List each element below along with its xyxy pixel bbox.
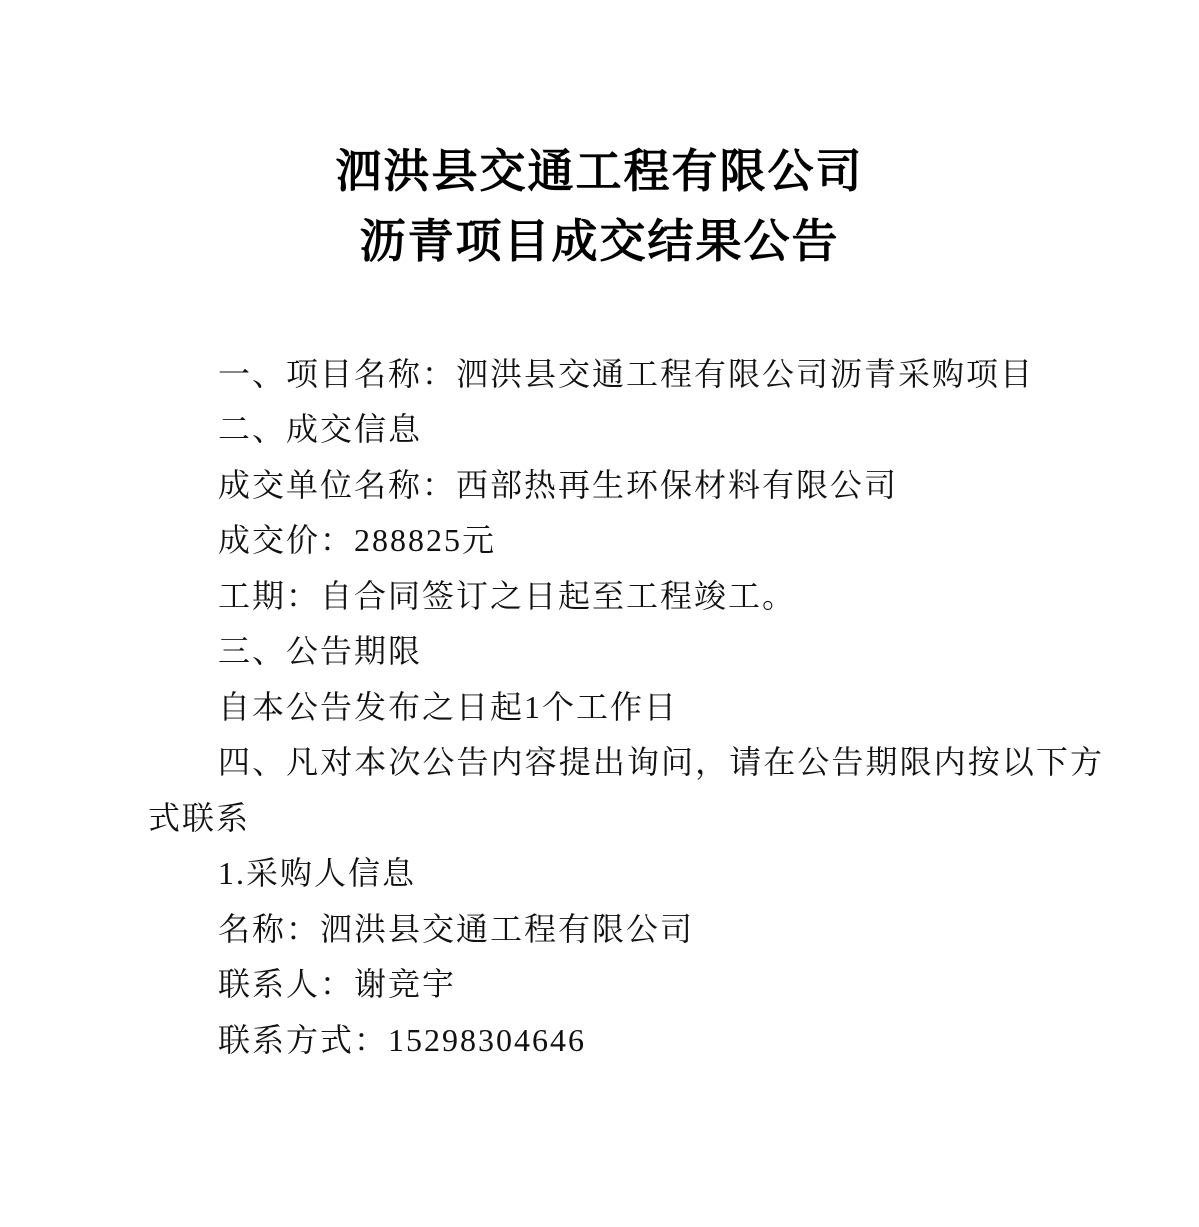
paragraph-purchaser-info-heading: 1.采购人信息 [148,846,1104,902]
paragraph-contact-person: 联系人：谢竞宇 [148,957,1104,1013]
document-title: 泗洪县交通工程有限公司 沥青项目成交结果公告 [0,137,1199,277]
paragraph-announcement-duration: 自本公告发布之日起1个工作日 [148,680,1104,736]
paragraph-section-inquiry-contact: 四、凡对本次公告内容提出询问，请在公告期限内按以下方式联系 [148,735,1104,846]
paragraph-project-name: 一、项目名称：泗洪县交通工程有限公司沥青采购项目 [148,347,1104,403]
paragraph-section-announcement-period: 三、公告期限 [148,624,1104,680]
document-body: 一、项目名称：泗洪县交通工程有限公司沥青采购项目 二、成交信息 成交单位名称：西… [0,347,1199,1069]
announcement-document-page: 泗洪县交通工程有限公司 沥青项目成交结果公告 一、项目名称：泗洪县交通工程有限公… [0,0,1199,1227]
paragraph-deal-price: 成交价：288825元 [148,513,1104,569]
paragraph-construction-period: 工期：自合同签订之日起至工程竣工。 [148,569,1104,625]
paragraph-section-deal-info: 二、成交信息 [148,402,1104,458]
paragraph-contact-phone: 联系方式：15298304646 [148,1013,1104,1069]
document-title-line-1: 泗洪县交通工程有限公司 [0,137,1199,207]
paragraph-purchaser-name: 名称：泗洪县交通工程有限公司 [148,902,1104,958]
paragraph-winning-company: 成交单位名称：西部热再生环保材料有限公司 [148,458,1104,514]
document-title-line-2: 沥青项目成交结果公告 [0,207,1199,277]
